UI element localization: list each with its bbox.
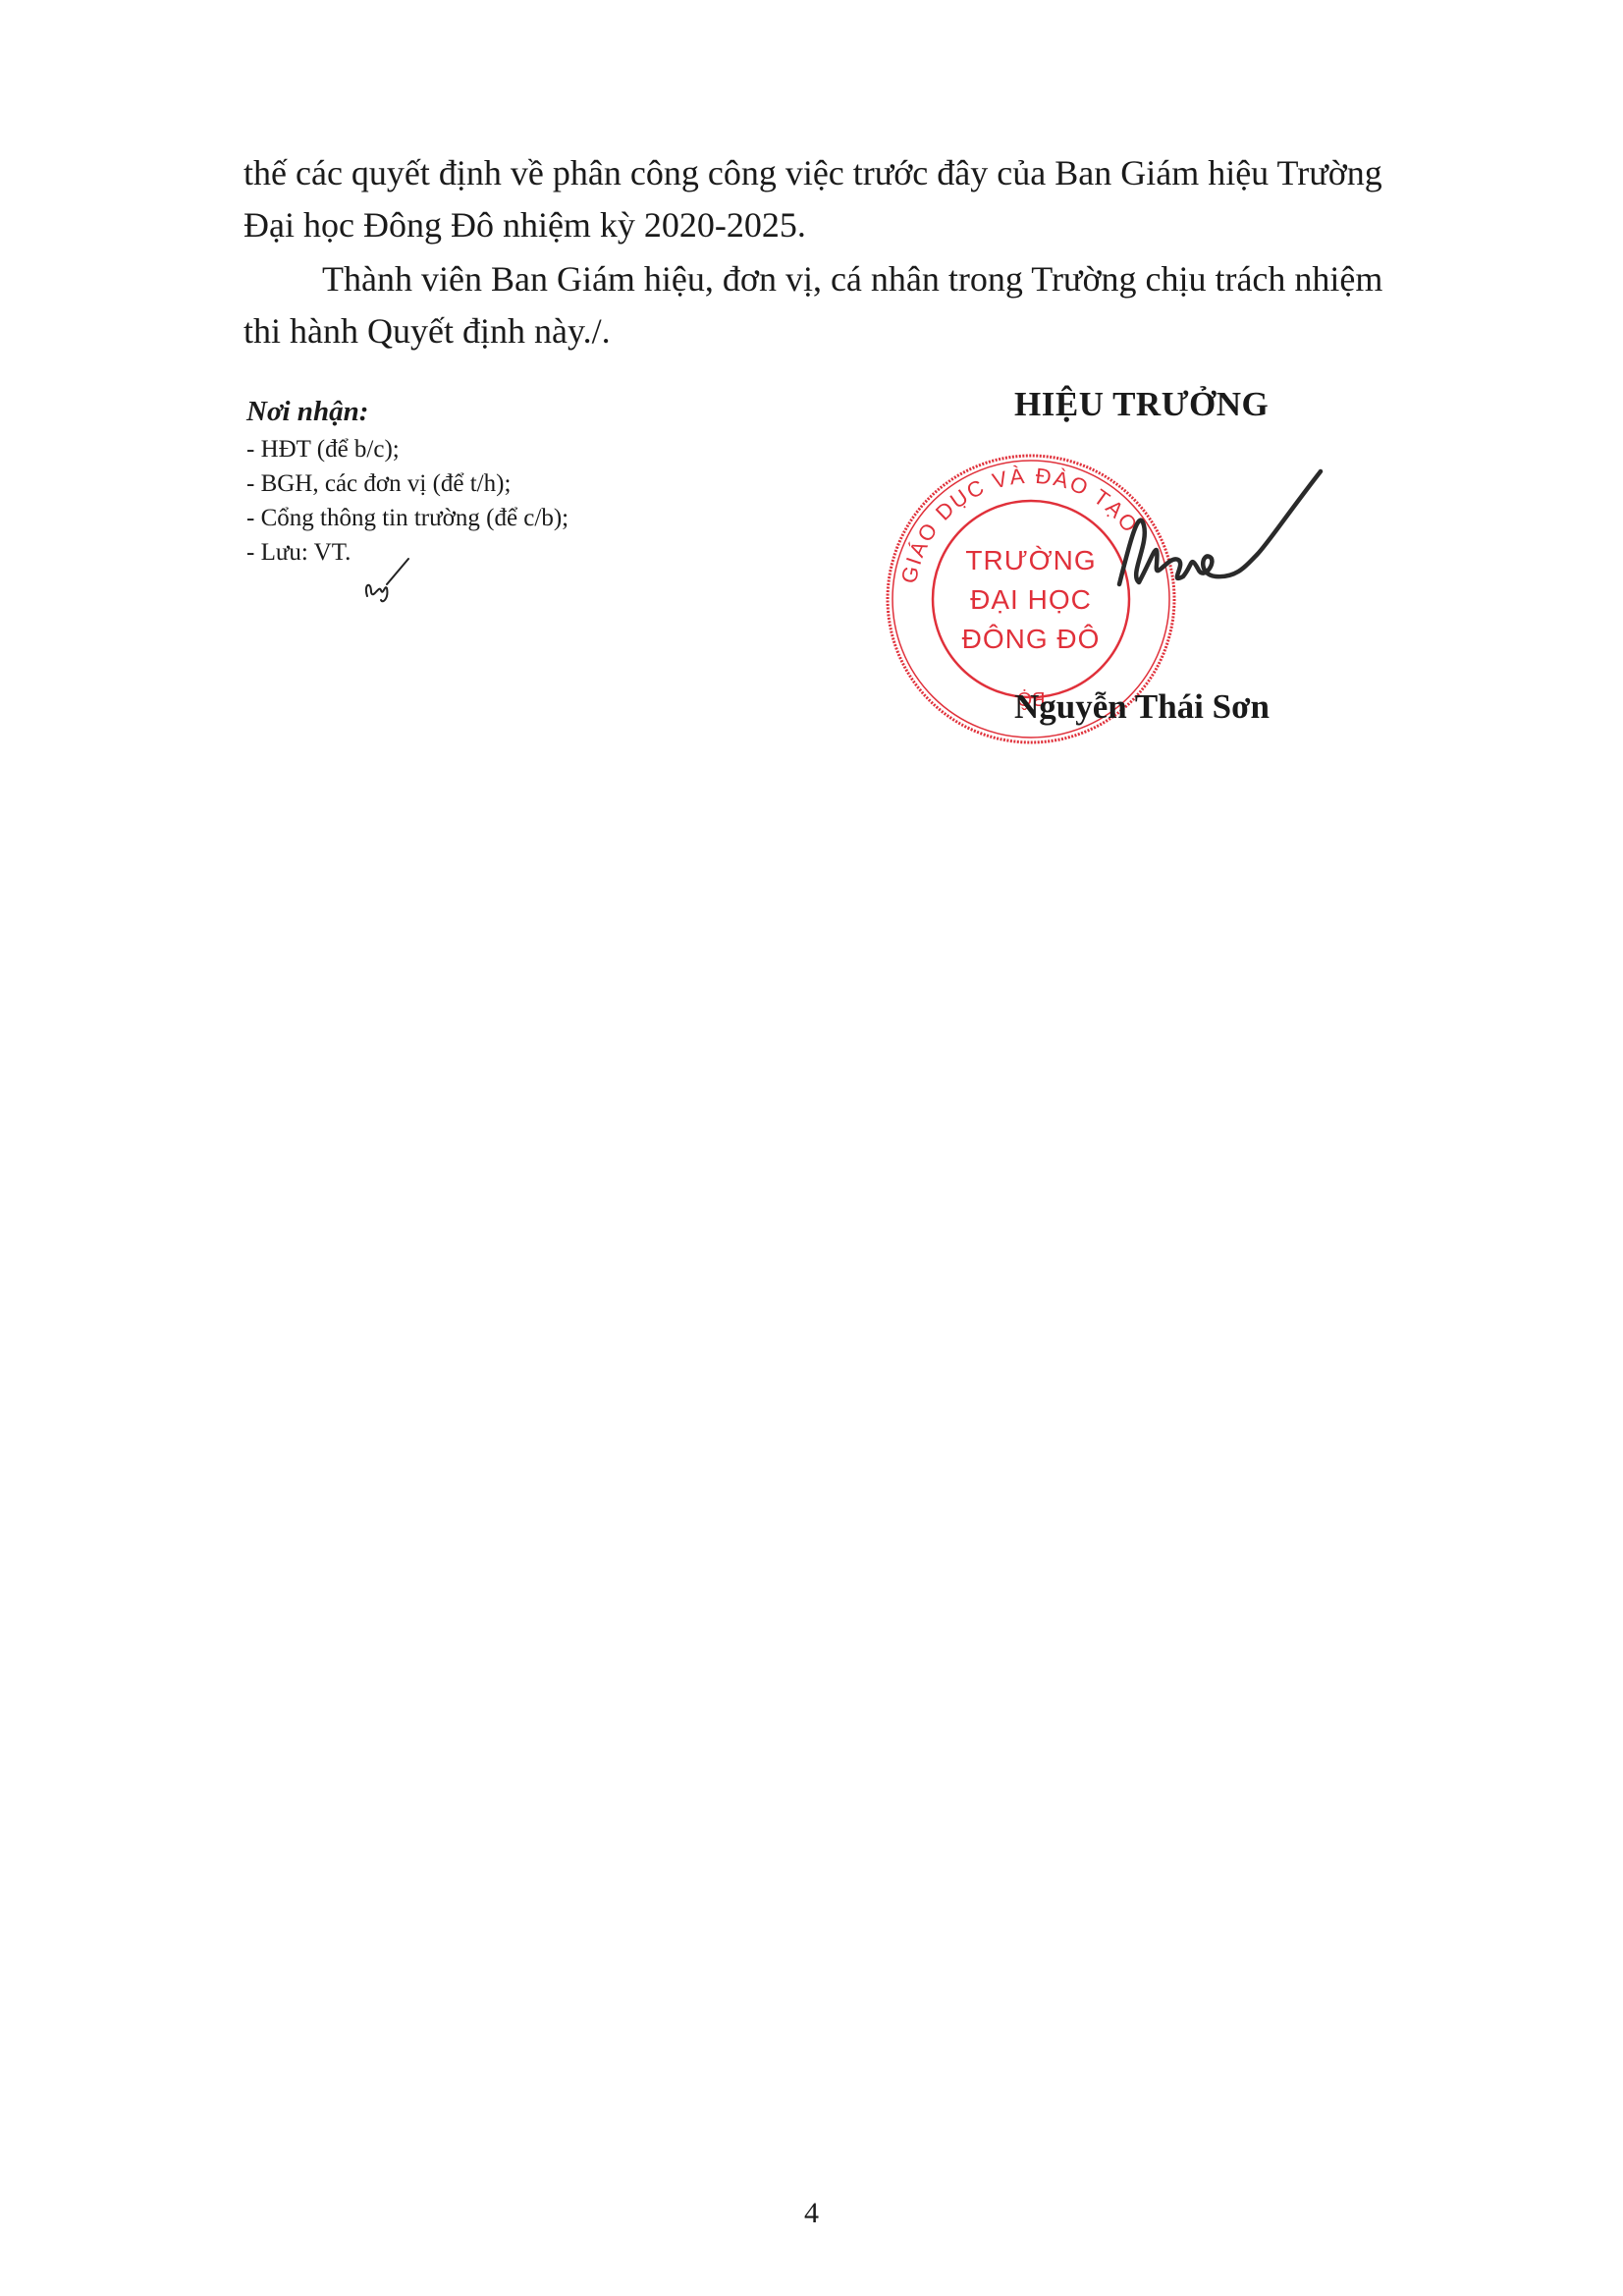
body-text: thế các quyết định về phân công công việ… bbox=[243, 147, 1490, 357]
signer-name: Nguyễn Thái Sơn bbox=[1014, 687, 1270, 727]
seal-line: ĐÔNG ĐÔ bbox=[962, 624, 1101, 654]
signature bbox=[1100, 466, 1325, 609]
recipients-heading: Nơi nhận: bbox=[246, 391, 568, 432]
recipient-item: - Cổng thông tin trường (để c/b); bbox=[246, 501, 568, 535]
recipient-item: - BGH, các đơn vị (để t/h); bbox=[246, 466, 568, 501]
signature-title: HIỆU TRƯỞNG bbox=[1014, 385, 1269, 424]
initials-mark bbox=[361, 555, 410, 604]
page-number: 4 bbox=[0, 2197, 1623, 2230]
paragraph-line: thế các quyết định về phân công công việ… bbox=[243, 147, 1490, 199]
recipient-item: - HĐT (để b/c); bbox=[246, 432, 568, 466]
paragraph-line: Đại học Đông Đô nhiệm kỳ 2020-2025. bbox=[243, 199, 1490, 251]
paragraph-line: Thành viên Ban Giám hiệu, đơn vị, cá nhâ… bbox=[243, 253, 1490, 305]
seal-line: TRƯỜNG bbox=[965, 545, 1096, 575]
recipients-block: Nơi nhận: - HĐT (để b/c); - BGH, các đơn… bbox=[246, 391, 568, 570]
paragraph-line: thi hành Quyết định này./. bbox=[243, 305, 1490, 357]
seal-line: ĐẠI HỌC bbox=[970, 584, 1092, 615]
